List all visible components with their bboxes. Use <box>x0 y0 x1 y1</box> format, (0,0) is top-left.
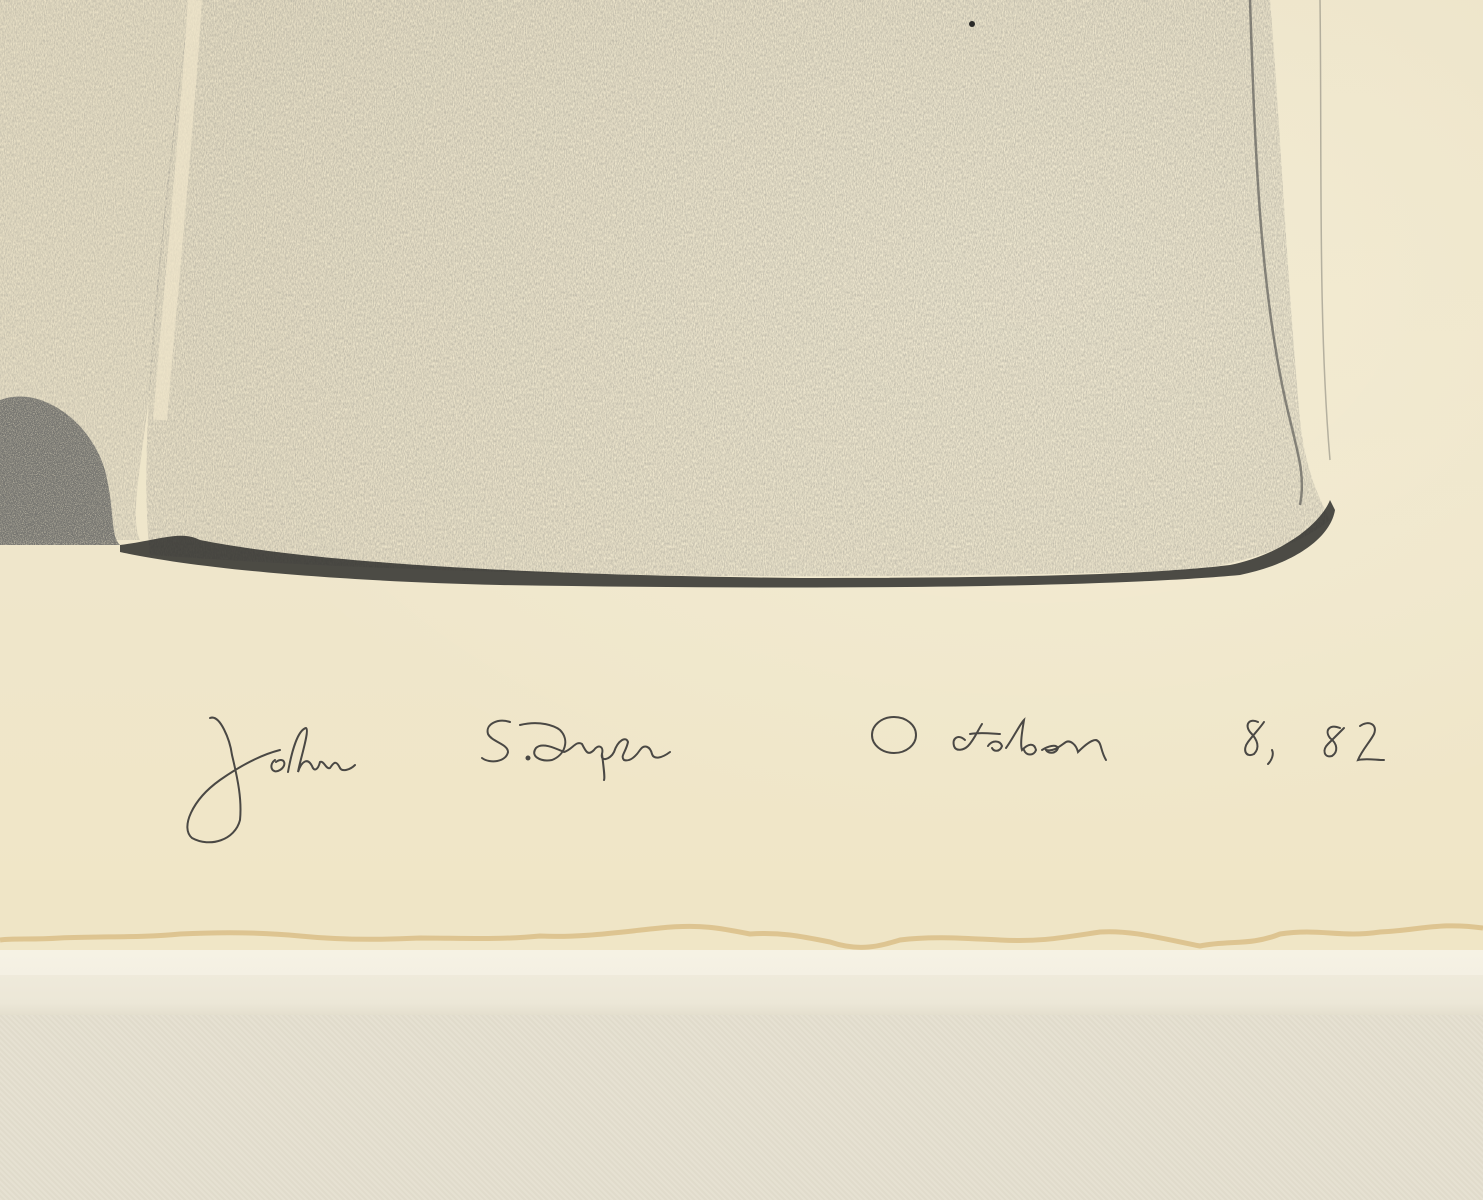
pencil-drawing <box>0 0 1483 600</box>
framed-artwork-photo: John S. Ingle October 8, 82 <box>0 0 1483 1200</box>
linen-mat <box>0 1015 1483 1200</box>
mat-bevel <box>0 975 1483 1016</box>
artist-signature <box>180 700 1420 860</box>
